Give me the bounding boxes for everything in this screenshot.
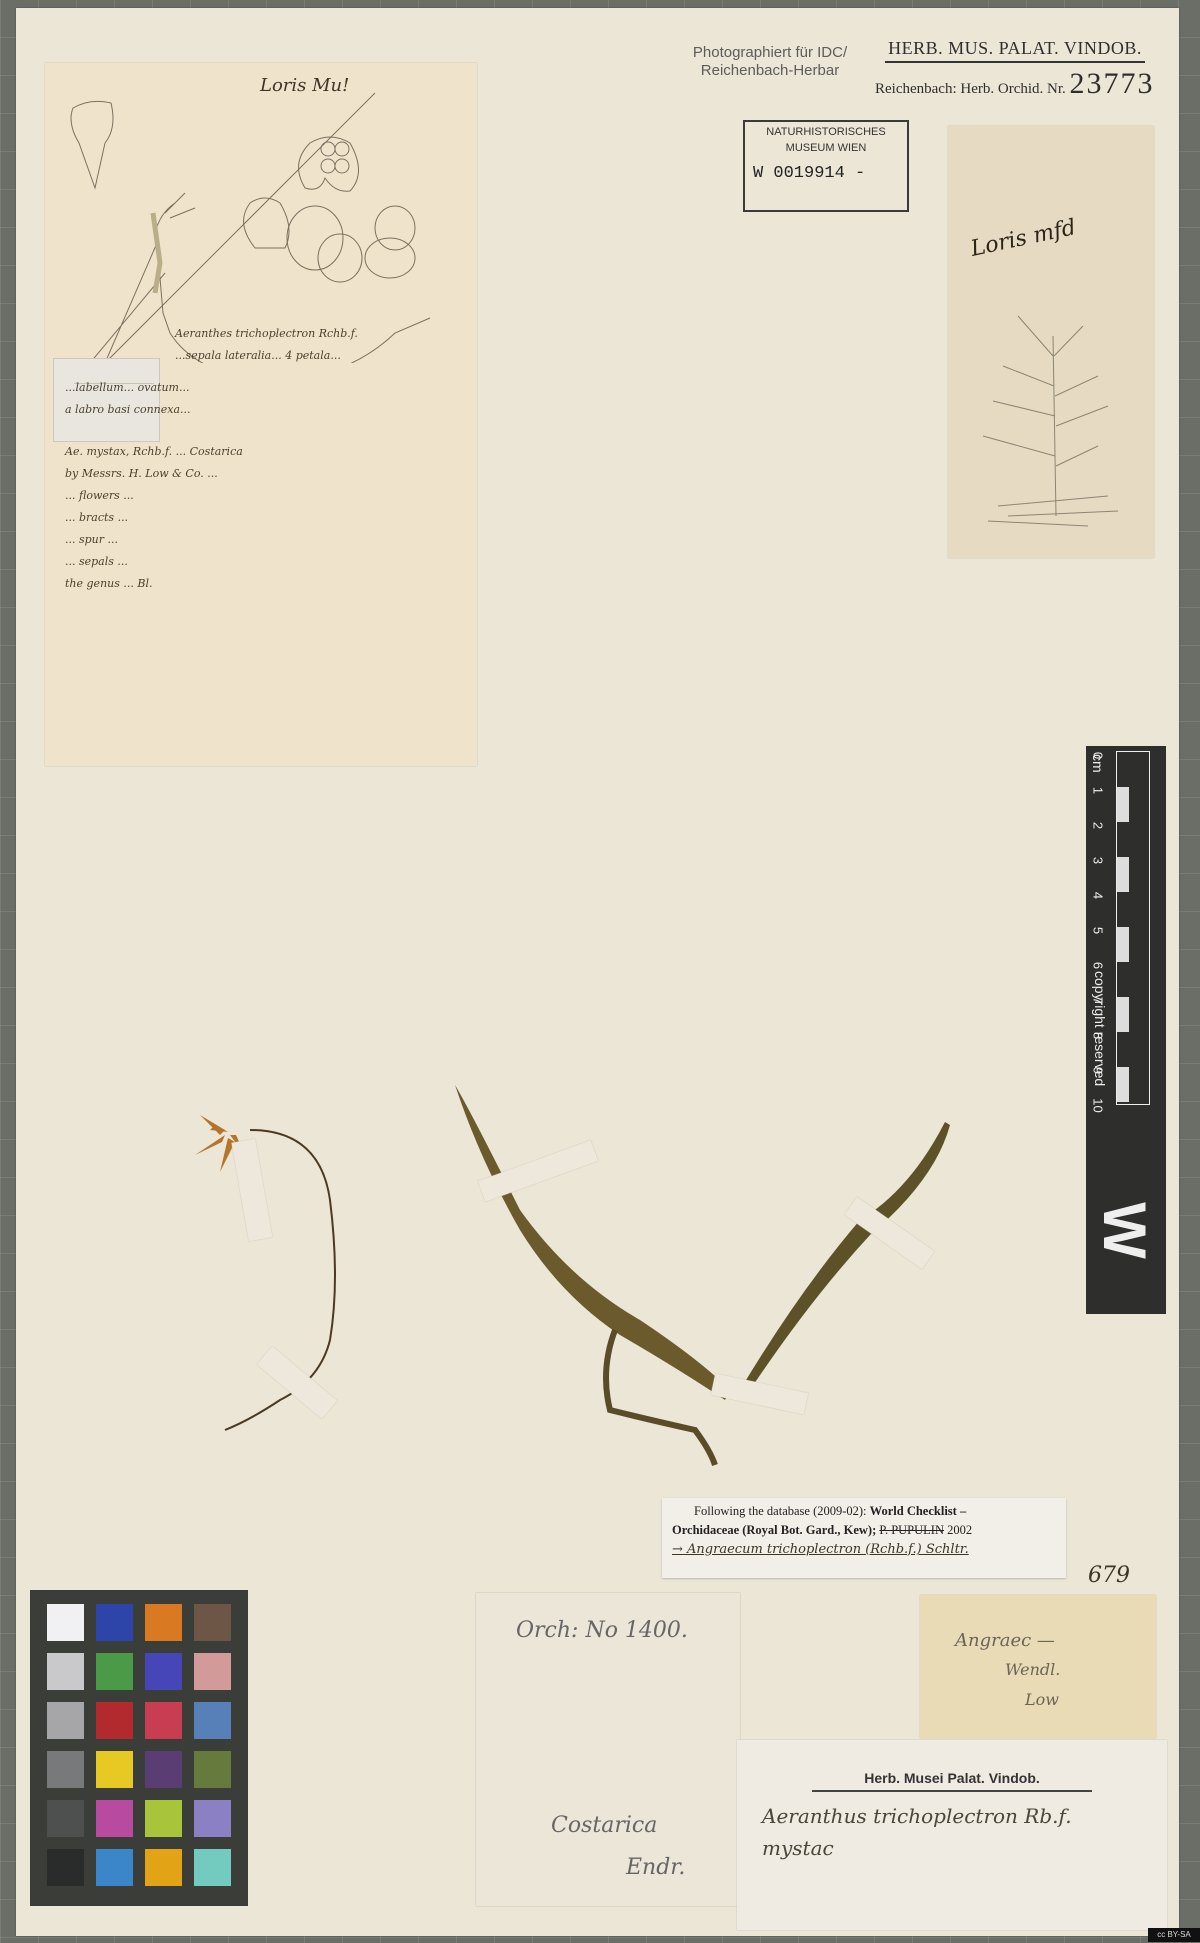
scrap-line: Low — [1025, 1690, 1059, 1709]
color-swatch — [194, 1800, 231, 1837]
scale-tick: 2 — [1091, 816, 1106, 836]
color-swatch — [194, 1653, 231, 1690]
locality: Costarica — [551, 1813, 657, 1838]
scale-tick: 1 — [1091, 781, 1106, 801]
det-line1-bold: World Checklist – — [870, 1504, 967, 1518]
scale-tick: 0 — [1091, 746, 1106, 766]
scale-bar: cm 0 1 2 3 4 5 6 7 8 9 10 copyright rese… — [1086, 746, 1166, 1314]
color-swatch — [47, 1653, 84, 1690]
color-swatch — [47, 1800, 84, 1837]
leaf-specimen-icon — [440, 1070, 1020, 1480]
scale-segment — [1117, 927, 1129, 962]
museum-name-line2: MUSEUM WIEN — [745, 142, 907, 154]
scale-segment — [1117, 1067, 1129, 1102]
photo-stamp-line: Reichenbach-Herbar — [690, 62, 850, 80]
color-swatch — [194, 1702, 231, 1739]
color-swatch — [145, 1653, 182, 1690]
letter-line: Ae. mystax, Rchb.f. ... Costarica — [65, 441, 460, 463]
reichenbach-number: 23773 — [1070, 67, 1155, 100]
photo-stamp-line: Photographiert für IDC/ — [690, 44, 850, 62]
determination-label: Following the database (2009-02): World … — [662, 1498, 1066, 1578]
color-swatch — [96, 1604, 133, 1641]
color-calibration-chart — [30, 1590, 248, 1906]
scale-segment — [1117, 857, 1129, 892]
specimen-id: W 0019914 - — [753, 164, 907, 183]
color-swatch — [47, 1849, 84, 1886]
color-swatch — [145, 1702, 182, 1739]
color-swatch — [47, 1604, 84, 1641]
det-line2-bold: Orchidaceae (Royal Bot. Gard., Kew); — [672, 1523, 879, 1537]
color-swatch — [96, 1702, 133, 1739]
orch-number: Orch: No 1400. — [516, 1618, 688, 1643]
letter-line: ...sepala lateralia... 4 petala... — [175, 345, 460, 367]
scrap-label: Angraec — Wendl. Low — [920, 1595, 1156, 1738]
color-swatch — [145, 1751, 182, 1788]
scale-tick: 3 — [1091, 851, 1106, 871]
scrap-line: Angraec — — [955, 1630, 1055, 1651]
color-swatch — [96, 1849, 133, 1886]
color-swatch — [194, 1751, 231, 1788]
letter-line: ... sepals ... — [65, 551, 460, 573]
herbarium-label-synonym: mystac — [762, 1836, 1167, 1860]
letter-line: ... bracts ... — [65, 507, 460, 529]
photo-stamp: Photographiert für IDC/ Reichenbach-Herb… — [690, 44, 850, 80]
color-swatch — [145, 1800, 182, 1837]
det-accepted-name: Angraecum trichoplectron (Rchb.f.) Schlt… — [687, 1542, 969, 1557]
color-swatch — [145, 1604, 182, 1641]
museum-barcode-stamp: NATURHISTORISCHES MUSEUM WIEN W 0019914 … — [743, 120, 909, 212]
color-swatch — [47, 1702, 84, 1739]
herbarium-label: Herb. Musei Palat. Vindob. Aeranthus tri… — [737, 1740, 1167, 1930]
letter-line: the genus ... Bl. — [65, 573, 460, 595]
letter-handwriting: Aeranthes trichoplectron Rchb.f. ...sepa… — [65, 323, 460, 595]
letter-line: a labro basi connexa... — [65, 399, 460, 421]
letter-line: by Messrs. H. Low & Co. ... — [65, 463, 460, 485]
reichenbach-line: Reichenbach: Herb. Orchid. Nr. — [875, 81, 1066, 97]
cc-license-badge: cc BY-SA — [1148, 1928, 1200, 1942]
scale-ruler — [1116, 751, 1150, 1105]
collection-label: Orch: No 1400. Costarica Endr. — [476, 1593, 740, 1906]
letter-sketch-paper: Loris Mu! Aeranthes trichoplectron Rchb.… — [45, 63, 477, 766]
scrap-line: Wendl. — [1005, 1660, 1060, 1679]
color-swatch — [194, 1849, 231, 1886]
orchid-dissection-sketch-icon — [45, 63, 477, 363]
collector: Endr. — [626, 1855, 685, 1880]
color-swatch — [194, 1604, 231, 1641]
letter-line: Aeranthes trichoplectron Rchb.f. — [175, 323, 460, 345]
herbarium-stamp: HERB. MUS. PALAT. VINDOB. Reichenbach: H… — [875, 38, 1195, 101]
color-swatch — [96, 1653, 133, 1690]
scale-tick: 5 — [1091, 921, 1106, 941]
w-logo: W — [1090, 1202, 1159, 1259]
herbarium-label-name: Aeranthus trichoplectron Rb.f. — [762, 1804, 1167, 1828]
color-swatch — [96, 1751, 133, 1788]
herbarium-header: HERB. MUS. PALAT. VINDOB. — [885, 38, 1145, 63]
letter-line: ...labellum... ovatum... — [65, 377, 460, 399]
plant-sketch-strip: Loris mfd — [948, 126, 1154, 558]
color-swatch — [145, 1849, 182, 1886]
det-year: 2002 — [947, 1523, 972, 1537]
scale-copyright: copyright reserved — [1092, 971, 1108, 1086]
scale-segment — [1117, 997, 1129, 1032]
scale-tick: 10 — [1091, 1096, 1106, 1116]
scale-segment — [1117, 787, 1129, 822]
scale-tick: 4 — [1091, 886, 1106, 906]
herbarium-label-header: Herb. Musei Palat. Vindob. — [812, 1770, 1092, 1792]
letter-line: ... spur ... — [65, 529, 460, 551]
det-struck-author: P. PUPULIN — [879, 1523, 944, 1537]
museum-name-line1: NATURHISTORISCHES — [745, 126, 907, 138]
sheet-number: 679 — [1088, 1563, 1130, 1588]
arrow-icon: → — [672, 1542, 683, 1557]
sketch-strip-text: Loris mfd — [969, 215, 1079, 262]
det-line1: Following the database (2009-02): — [694, 1504, 870, 1518]
color-swatch — [96, 1800, 133, 1837]
plant-drawing-icon — [978, 306, 1128, 546]
letter-line: ... flowers ... — [65, 485, 460, 507]
color-swatch — [47, 1751, 84, 1788]
